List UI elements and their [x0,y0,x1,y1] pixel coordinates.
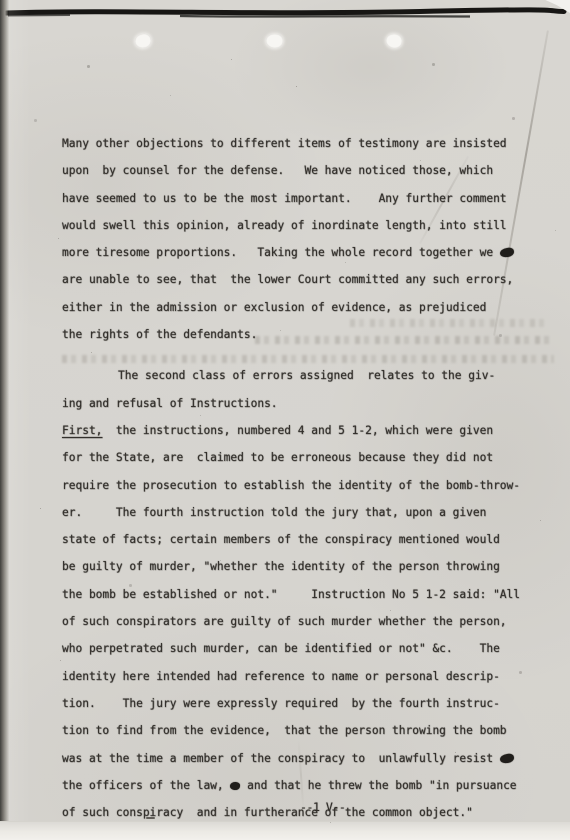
text-line: identity here intended had reference to … [62,663,548,690]
text-line: would swell this opinion, already of ino… [62,212,548,239]
punch-hole-2 [266,34,283,48]
text-line: Many other objections to different items… [62,130,548,157]
text-line: be guilty of murder, "whether the identi… [62,553,548,580]
ink-blot [230,781,241,790]
text-line: was at the time a member of the conspira… [62,745,548,772]
text-line: First, the instructions, numbered 4 and … [62,417,548,444]
text-line: require the prosecution to establish the… [62,472,548,499]
text-line: upon by counsel for the defense. We have… [62,157,548,184]
scan-edge-left [0,0,9,840]
text-line: er. The fourth instruction told the jury… [62,499,548,526]
text-line: of such conspirators are guilty of such … [62,608,548,635]
ink-blot [499,753,514,764]
text-line: more tiresome proportions. Taking the wh… [62,239,548,266]
page-number: --1 V-- [62,800,570,814]
paper-speckles [0,0,1,1]
text-line: either in the admission or exclusion of … [62,294,548,321]
text-line: state of facts; certain members of the c… [62,526,548,553]
punch-hole-1 [134,32,153,49]
ink-blot [499,247,514,258]
scanned-page: Many other objections to different items… [0,0,570,840]
text-line: the officers of the law, and that he thr… [62,772,548,799]
paper-left-margin-sheen [9,0,31,840]
document-text: Many other objections to different items… [62,130,548,826]
text-line: tion. The jury were expressly required b… [62,690,548,717]
text-line: who perpetrated such murder, can be iden… [62,635,548,662]
text-line: have seemed to us to be the most importa… [62,185,548,212]
scan-edge-top [0,0,570,24]
punch-hole-3 [385,33,403,49]
text-line: The second class of errors assigned rela… [62,362,548,389]
text-line: the rights of the defendants. [62,321,548,348]
text-line: tion to find from the evidence, that the… [62,717,548,744]
text-line: ing and refusal of Instructions. [62,390,548,417]
text-line: are unable to see, that the lower Court … [62,266,548,293]
text-line: the bomb be established or not." Instruc… [62,581,548,608]
text-line: for the State, are claimed to be erroneo… [62,444,548,471]
stray-pencil-dash [146,817,155,819]
underlined-word: First, [62,424,102,437]
